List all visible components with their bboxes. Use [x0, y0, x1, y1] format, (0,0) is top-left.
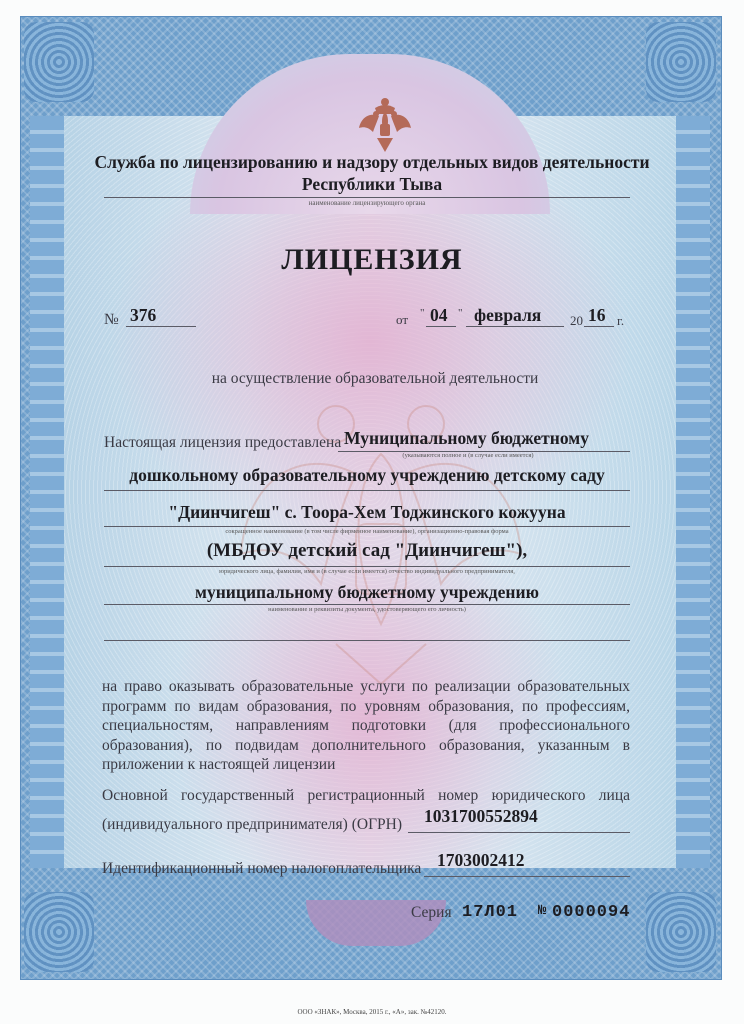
printer-imprint: ООО «ЗНАК», Москва, 2015 г., «А», зак. №…	[0, 1008, 744, 1016]
grantee-underline2	[104, 490, 630, 491]
grantee-underline5	[104, 604, 630, 605]
inn-label: Идентификационный номер налогоплательщик…	[102, 860, 421, 878]
grantee-line1: Муниципальному бюджетному	[344, 428, 589, 449]
grantee-line2: дошкольному образовательному учреждению …	[104, 465, 630, 486]
grantee-line4: (МБДОУ детский сад "Диинчигеш"),	[104, 540, 630, 562]
blank-underline	[104, 640, 630, 641]
date-prefix: от	[396, 312, 408, 328]
issuer-caption: наименование лицензирующего органа	[104, 199, 630, 207]
grantee-label: Настоящая лицензия предоставлена	[104, 434, 341, 452]
grantee-line5: муниципальному бюджетному учреждению	[104, 582, 630, 603]
month-underline	[466, 326, 564, 327]
year-suffix: 16	[588, 305, 606, 326]
day-underline	[426, 326, 456, 327]
date-quote-close: "	[458, 307, 463, 319]
grantee-underline3	[104, 526, 630, 527]
issuer-name-line1: Служба по лицензированию и надзору отдел…	[80, 152, 664, 173]
grantee-caption4: юридического лица, фамилия, имя и (в слу…	[104, 568, 630, 575]
inn-underline	[424, 876, 630, 877]
date-day: 04	[430, 305, 448, 326]
date-month: февраля	[474, 305, 541, 326]
series-value: 17Л01	[462, 903, 518, 922]
grantee-caption5: наименование и реквизиты документа, удос…	[104, 606, 630, 613]
grantee-line3: "Диинчигеш" с. Тоора-Хем Тоджинского кож…	[104, 502, 630, 523]
year-prefix: 20	[570, 313, 583, 329]
inn-value: 1703002412	[437, 850, 525, 871]
serial-number-label: №	[538, 903, 547, 919]
document-title: ЛИЦЕНЗИЯ	[0, 243, 744, 277]
date-quote-open: "	[420, 307, 425, 319]
rights-paragraph: на право оказывать образовательные услуг…	[102, 677, 630, 775]
number-label: №	[104, 311, 119, 329]
ogrn-label-line1: Основной государственный регистрационный…	[102, 786, 630, 806]
issuer-name-line2: Республики Тыва	[80, 174, 664, 195]
license-content: Служба по лицензированию и надзору отдел…	[0, 0, 744, 1024]
grantee-caption1: (указываются полное и (в случае если име…	[338, 452, 598, 459]
series-label: Серия	[411, 904, 452, 922]
ogrn-value: 1031700552894	[424, 806, 538, 827]
serial-number: 0000094	[552, 903, 630, 922]
issuer-underline	[104, 197, 630, 198]
year-unit: г.	[617, 313, 624, 329]
grantee-caption3: сокращенное наименование (в том числе фи…	[104, 528, 630, 535]
ogrn-underline	[408, 832, 630, 833]
year-underline	[584, 326, 614, 327]
license-purpose: на осуществление образовательной деятель…	[200, 370, 550, 388]
license-number: 376	[130, 305, 156, 326]
grantee-underline4	[104, 566, 630, 567]
number-underline	[126, 326, 196, 327]
ogrn-label-line2: (индивидуального предпринимателя) (ОГРН)	[102, 816, 402, 834]
